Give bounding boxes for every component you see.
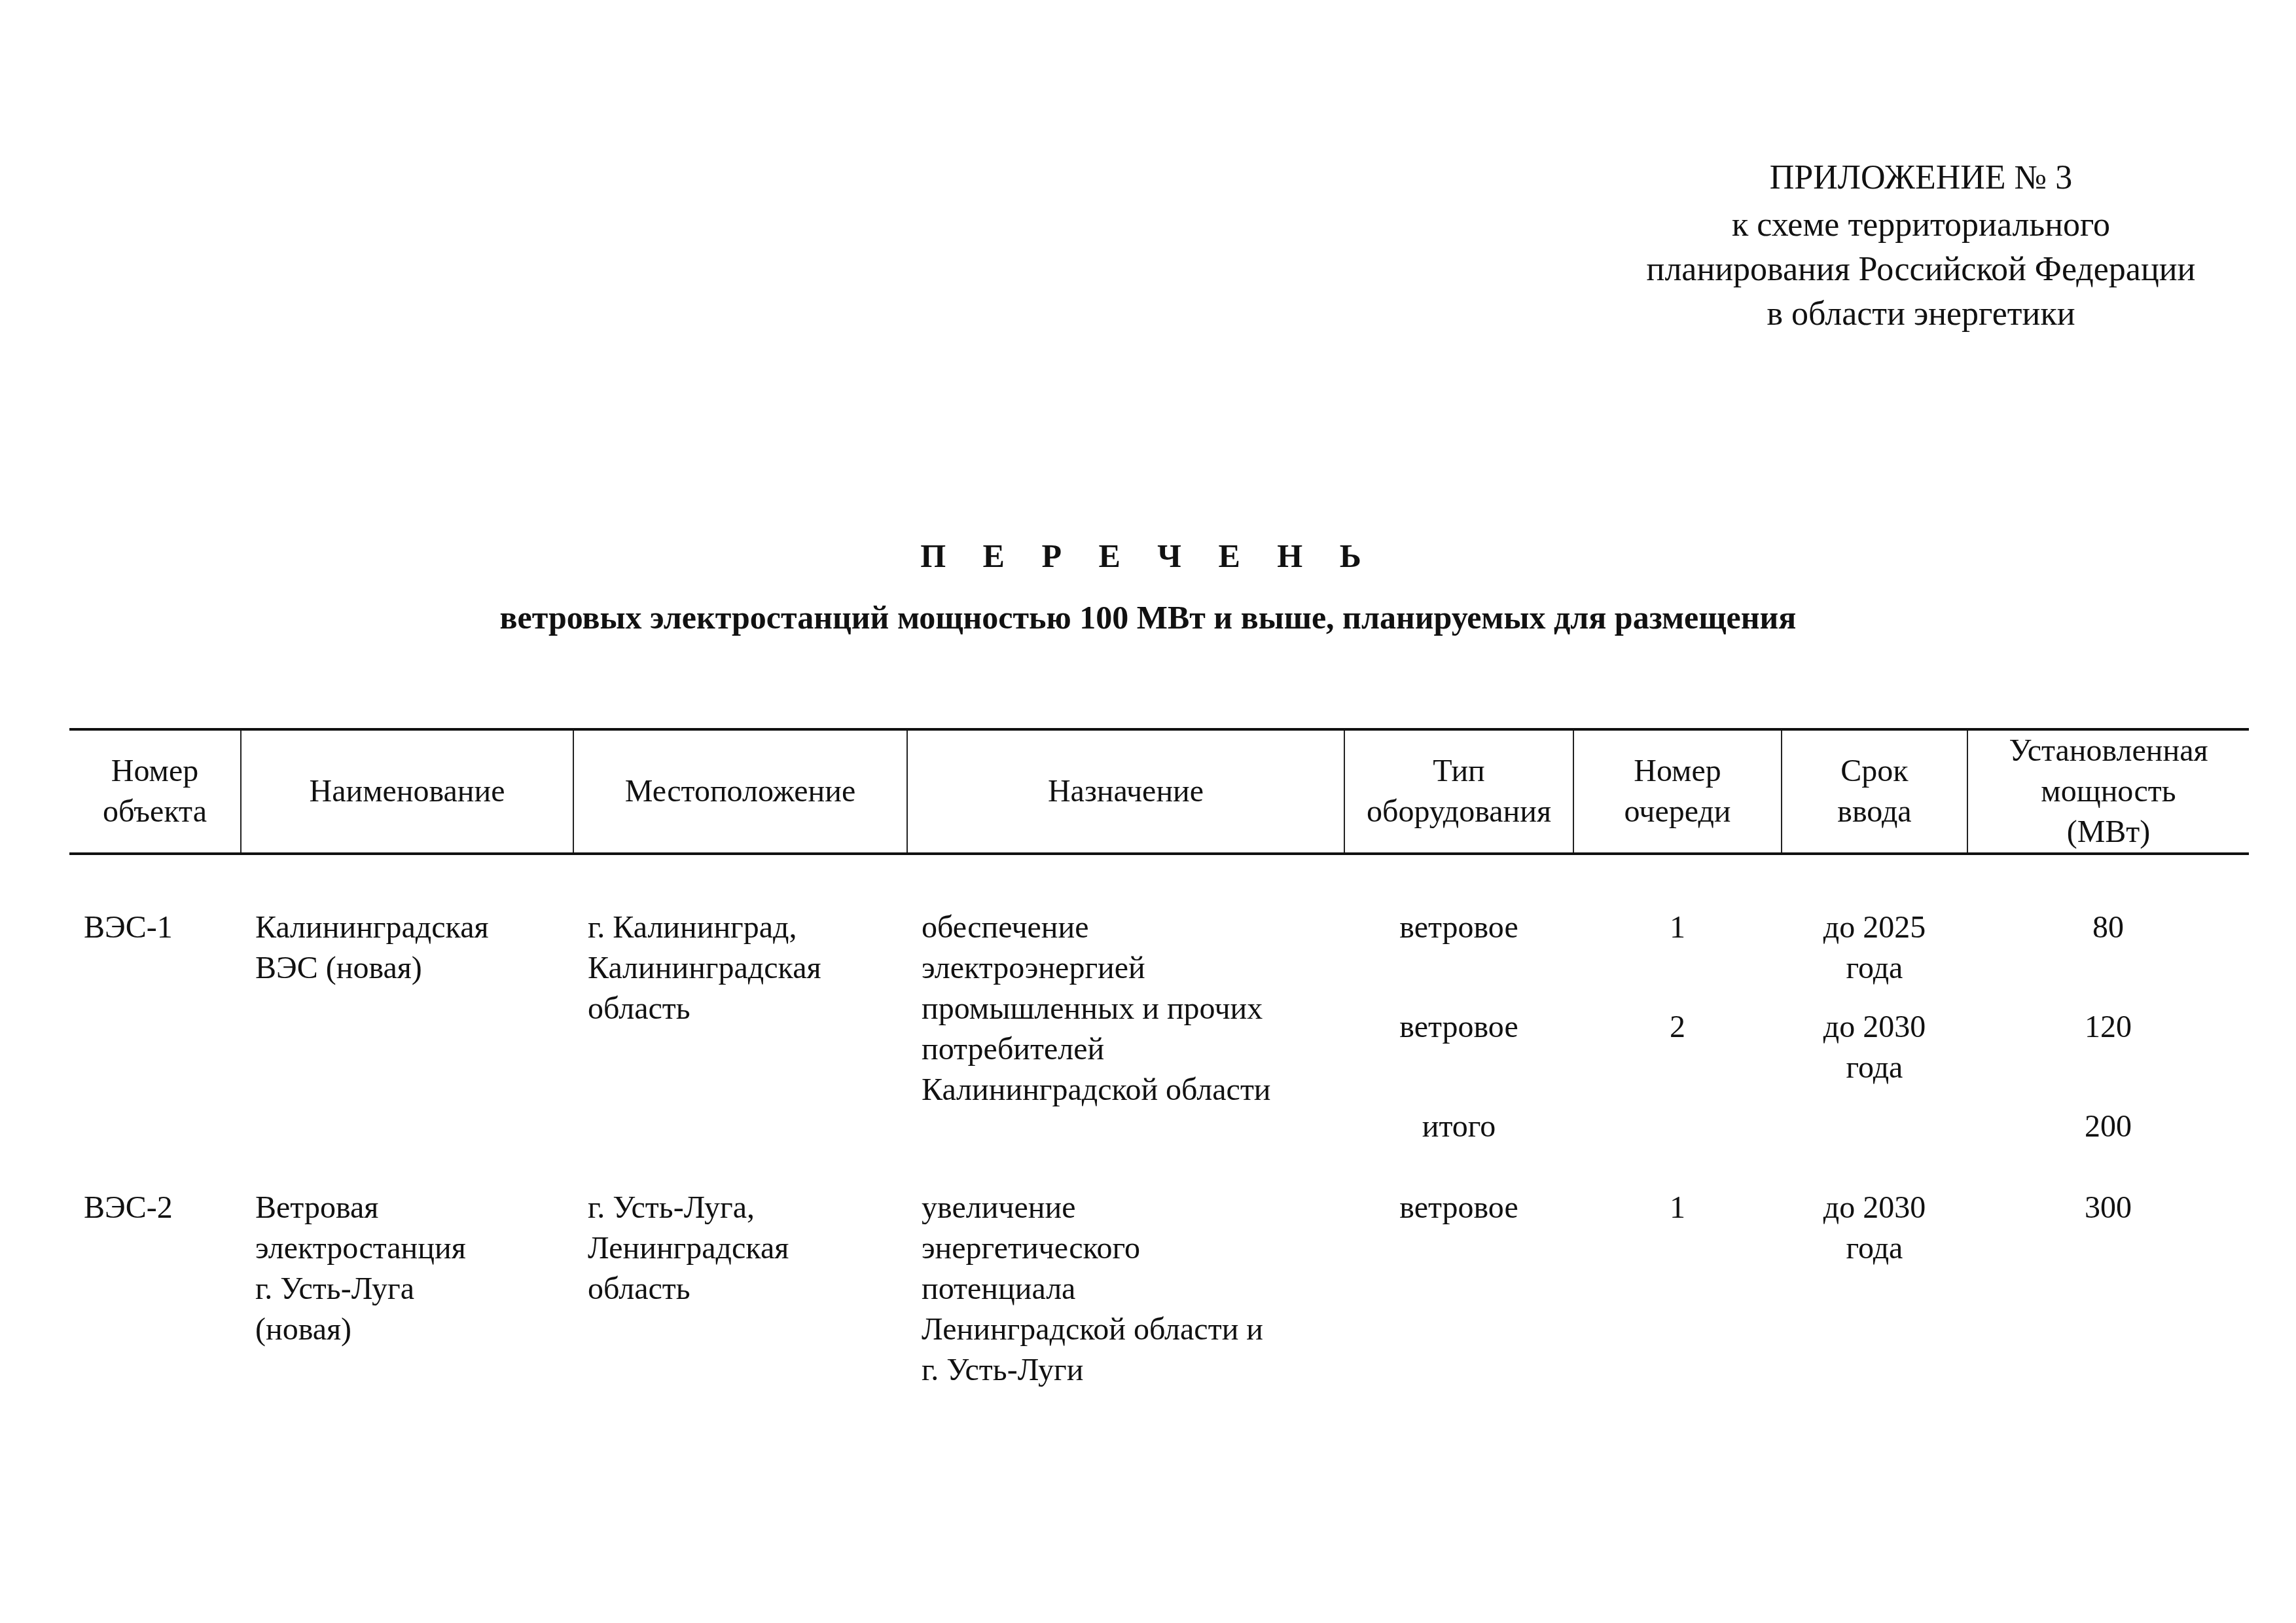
installed-capacity: 120 xyxy=(1967,989,2249,1088)
equipment-type: ветровое xyxy=(1344,854,1573,989)
header-installed-capacity: Установленная мощность (МВт) xyxy=(1967,729,2249,854)
installed-capacity: 300 xyxy=(1967,1147,2249,1391)
table-row: ВЭС-1 Калининградская ВЭС (новая) г. Кал… xyxy=(69,854,2249,989)
header-purpose: Назначение xyxy=(907,729,1344,854)
header-deadline: Срок ввода xyxy=(1782,729,1967,854)
header-equipment-type: Тип оборудования xyxy=(1344,729,1573,854)
appendix-line: планирования Российской Федерации xyxy=(1584,247,2258,292)
table-row: ВЭС-2 Ветровая электростанция г. Усть-Лу… xyxy=(69,1147,2249,1391)
header-object-number: Номер объекта xyxy=(69,729,241,854)
equipment-type: ветровое xyxy=(1344,989,1573,1088)
appendix-title: ПРИЛОЖЕНИЕ № 3 xyxy=(1584,156,2258,200)
document-title: П Е Р Е Ч Е Н Ь xyxy=(0,537,2296,575)
object-location: г. Усть-Луга, Ленинградская область xyxy=(573,1147,907,1391)
deadline: до 2030 года xyxy=(1782,989,1967,1088)
appendix-header: ПРИЛОЖЕНИЕ № 3 к схеме территориального … xyxy=(1584,156,2258,337)
stage-number: 2 xyxy=(1573,989,1782,1088)
wind-stations-table: Номер объекта Наименование Местоположени… xyxy=(69,728,2249,1391)
deadline: до 2025 года xyxy=(1782,854,1967,989)
stage-number-empty xyxy=(1573,1088,1782,1147)
deadline: до 2030 года xyxy=(1782,1147,1967,1391)
header-stage-number: Номер очереди xyxy=(1573,729,1782,854)
table-header-row: Номер объекта Наименование Местоположени… xyxy=(69,729,2249,854)
object-name: Калининградская ВЭС (новая) xyxy=(241,854,573,1147)
appendix-line: к схеме территориального xyxy=(1584,203,2258,247)
stage-number: 1 xyxy=(1573,1147,1782,1391)
stage-number: 1 xyxy=(1573,854,1782,989)
object-number: ВЭС-2 xyxy=(69,1147,241,1391)
document-subtitle: ветровых электростанций мощностью 100 МВ… xyxy=(0,598,2296,636)
object-purpose: увеличение энергетического потенциала Ле… xyxy=(907,1147,1344,1391)
object-name: Ветровая электростанция г. Усть-Луга (но… xyxy=(241,1147,573,1391)
header-name: Наименование xyxy=(241,729,573,854)
object-purpose: обеспечение электроэнергией промышленных… xyxy=(907,854,1344,1147)
installed-capacity: 80 xyxy=(1967,854,2249,989)
equipment-type: ветровое xyxy=(1344,1147,1573,1391)
deadline-empty xyxy=(1782,1088,1967,1147)
total-capacity: 200 xyxy=(1967,1088,2249,1147)
object-location: г. Калининград, Калининградская область xyxy=(573,854,907,1147)
total-label: итого xyxy=(1344,1088,1573,1147)
object-number: ВЭС-1 xyxy=(69,854,241,1147)
appendix-line: в области энергетики xyxy=(1584,292,2258,337)
header-location: Местоположение xyxy=(573,729,907,854)
